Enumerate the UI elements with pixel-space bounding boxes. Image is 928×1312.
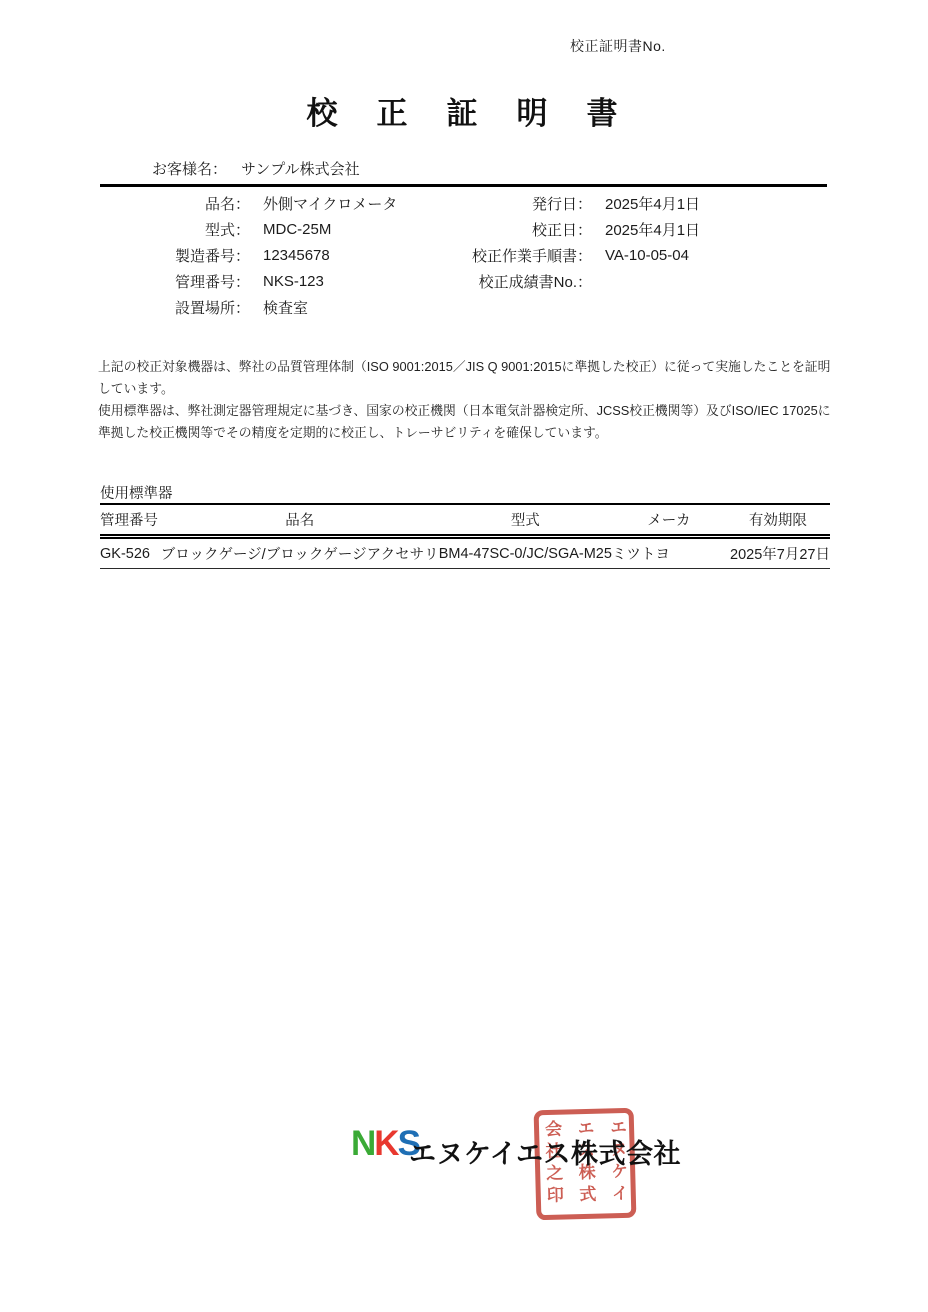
location-label: 設置場所： xyxy=(100,297,250,318)
customer-divider xyxy=(100,184,827,187)
statement-quality-system: 上記の校正対象機器は、弊社の品質管理体制（ISO 9001:2015／JIS Q… xyxy=(98,356,836,400)
col-control-number: 管理番号 xyxy=(100,504,161,537)
control-number-label: 管理番号： xyxy=(100,271,250,292)
item-name-label: 品名： xyxy=(100,193,250,214)
certification-statements: 上記の校正対象機器は、弊社の品質管理体制（ISO 9001:2015／JIS Q… xyxy=(98,356,836,444)
issue-date-label: 発行日： xyxy=(460,193,592,214)
serial-number-label: 製造番号： xyxy=(100,245,250,266)
standard-control-number: GK-526 xyxy=(100,537,161,569)
standards-table: 管理番号 品名 型式 メーカ 有効期限 GK-526 ブロックゲージ/ブロックゲ… xyxy=(100,503,830,569)
model-value: MDC-25M xyxy=(250,221,460,238)
control-number-value: NKS-123 xyxy=(250,273,460,290)
customer-row: お客様名：サンプル株式会社 xyxy=(152,158,360,179)
standard-item-name: ブロックゲージ/ブロックゲージアクセサリ xyxy=(161,537,439,569)
item-name-value: 外側マイクロメータ xyxy=(250,193,460,214)
info-row: 製造番号： 12345678 校正作業手順書： VA-10-05-04 xyxy=(100,242,830,268)
col-model: 型式 xyxy=(439,504,612,537)
standard-maker: ミツトヨ xyxy=(612,537,726,569)
cert-no-label: 校正証明書No. xyxy=(570,36,666,56)
col-item-name: 品名 xyxy=(161,504,439,537)
info-row: 型式： MDC-25M 校正日： 2025年4月1日 xyxy=(100,216,830,242)
customer-name: サンプル株式会社 xyxy=(241,161,360,178)
info-row: 品名： 外側マイクロメータ 発行日： 2025年4月1日 xyxy=(100,190,830,216)
procedure-doc-value: VA-10-05-04 xyxy=(592,247,830,264)
page-title: 校 正 証 明 書 xyxy=(0,88,928,133)
logo-letter-k: K xyxy=(374,1124,397,1163)
calibration-certificate-page: 校正証明書No. 校 正 証 明 書 お客様名：サンプル株式会社 品名： 外側マ… xyxy=(0,0,928,1312)
issue-date-value: 2025年4月1日 xyxy=(592,193,830,214)
calibration-date-value: 2025年4月1日 xyxy=(592,219,830,240)
result-report-no-label: 校正成績書No.： xyxy=(460,271,592,292)
customer-label: お客様名： xyxy=(152,161,227,178)
logo-letter-n: N xyxy=(351,1124,374,1163)
standard-expiry: 2025年7月27日 xyxy=(726,537,830,569)
info-row: 管理番号： NKS-123 校正成績書No.： xyxy=(100,268,830,294)
statement-traceability: 使用標準器は、弊社測定器管理規定に基づき、国家の校正機関（日本電気計器検定所、J… xyxy=(98,400,836,444)
col-maker: メーカ xyxy=(612,504,726,537)
standards-header-row: 管理番号 品名 型式 メーカ 有効期限 xyxy=(100,504,830,537)
model-label: 型式： xyxy=(100,219,250,240)
company-name: エヌケイエス株式会社 xyxy=(409,1132,681,1171)
serial-number-value: 12345678 xyxy=(250,247,460,264)
col-expiry: 有効期限 xyxy=(726,504,830,537)
standard-model: BM4-47SC-0/JC/SGA-M25 xyxy=(439,537,612,569)
instrument-info-grid: 品名： 外側マイクロメータ 発行日： 2025年4月1日 型式： MDC-25M… xyxy=(100,190,830,320)
standards-section-heading: 使用標準器 xyxy=(100,482,173,503)
info-row: 設置場所： 検査室 xyxy=(100,294,830,320)
calibration-date-label: 校正日： xyxy=(460,219,592,240)
procedure-doc-label: 校正作業手順書： xyxy=(460,245,592,266)
location-value: 検査室 xyxy=(250,297,460,318)
standards-data-row: GK-526 ブロックゲージ/ブロックゲージアクセサリ BM4-47SC-0/J… xyxy=(100,537,830,569)
